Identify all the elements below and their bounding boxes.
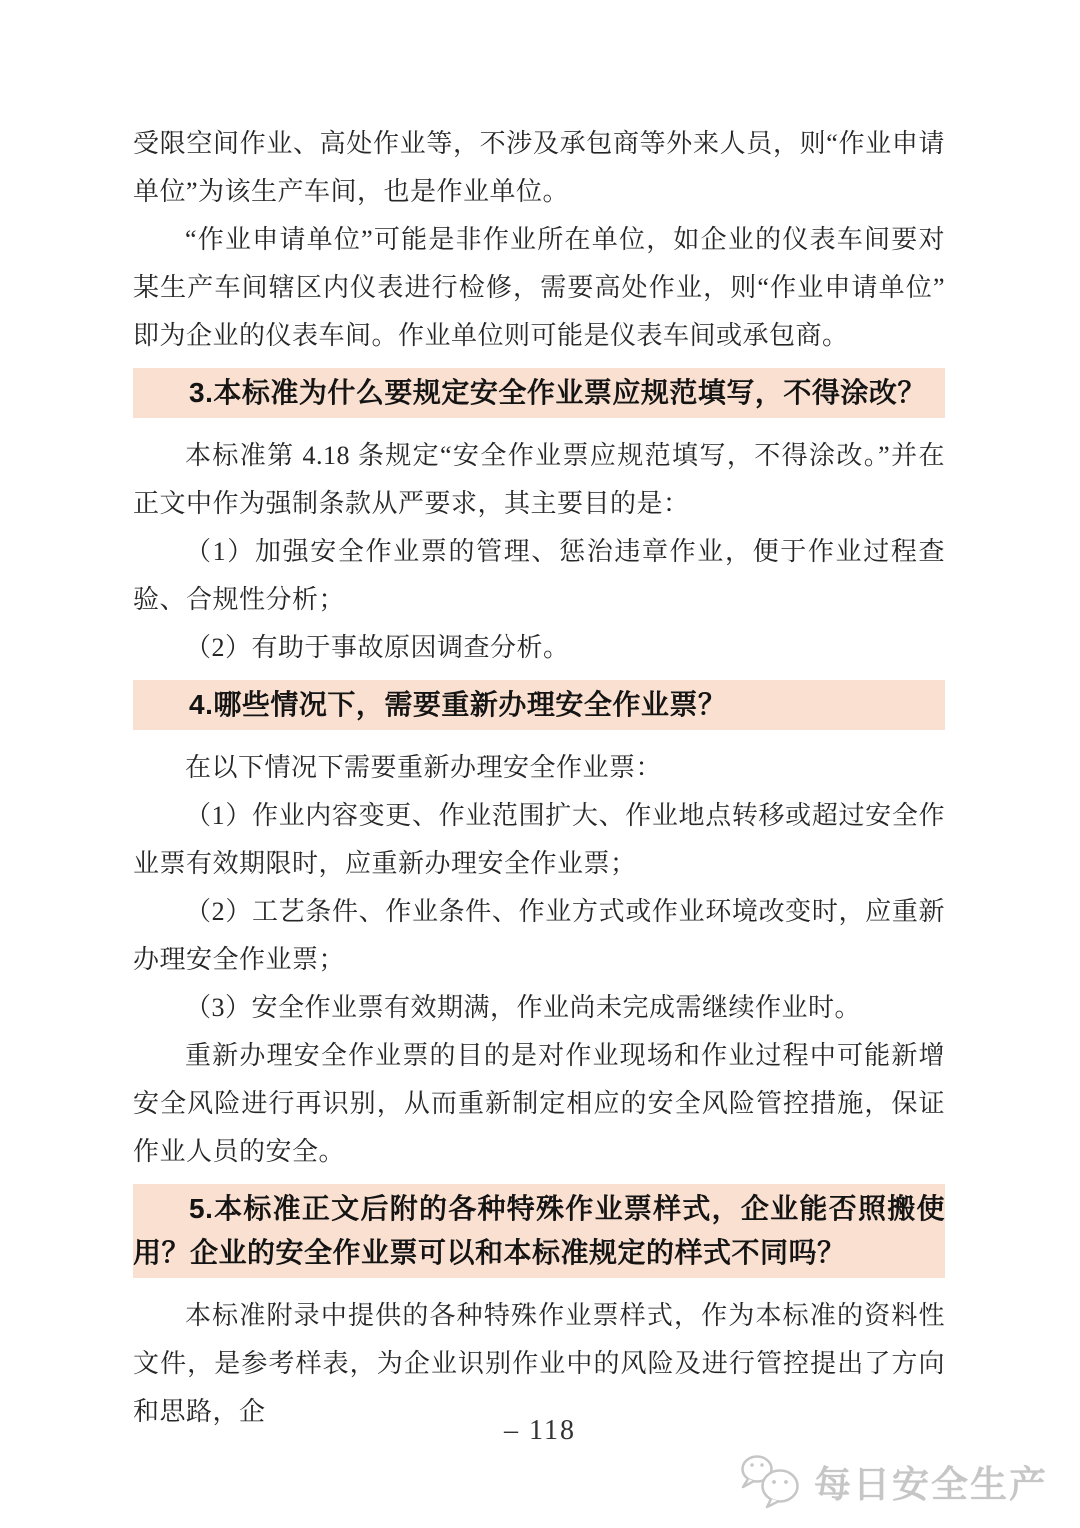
section-heading-3: 3.本标准为什么要规定安全作业票应规范填写，不得涂改？ [133,368,945,418]
body-paragraph: “作业申请单位”可能是非作业所在单位，如企业的仪表车间要对某生产车间辖区内仪表进… [133,216,945,360]
section-heading-4: 4.哪些情况下，需要重新办理安全作业票？ [133,680,945,730]
body-paragraph: （1）加强安全作业票的管理、惩治违章作业，便于作业过程查验、合规性分析； [133,528,945,624]
page-number: – 118 [0,1415,1080,1447]
body-paragraph: （2）工艺条件、作业条件、作业方式或作业环境改变时，应重新办理安全作业票； [133,888,945,984]
body-paragraph: 本标准第 4.18 条规定“安全作业票应规范填写，不得涂改。”并在正文中作为强制… [133,432,945,528]
document-content: 受限空间作业、高处作业等，不涉及承包商等外来人员，则“作业申请单位”为该生产车间… [133,120,945,1436]
body-paragraph: 重新办理安全作业票的目的是对作业现场和作业过程中可能新增安全风险进行再识别，从而… [133,1032,945,1176]
body-paragraph: （2）有助于事故原因调查分析。 [133,624,945,672]
body-paragraph: （3）安全作业票有效期满，作业尚未完成需继续作业时。 [133,984,945,1032]
body-paragraph: 受限空间作业、高处作业等，不涉及承包商等外来人员，则“作业申请单位”为该生产车间… [133,120,945,216]
section-heading-5: 5.本标准正文后附的各种特殊作业票样式，企业能否照搬使用？企业的安全作业票可以和… [133,1184,945,1278]
body-paragraph: 在以下情况下需要重新办理安全作业票： [133,744,945,792]
watermark-label: 每日安全生产 [814,1454,1048,1508]
watermark: 每日安全生产 [736,1452,1048,1510]
wechat-bubbles-icon [736,1452,804,1510]
body-paragraph: （1）作业内容变更、作业范围扩大、作业地点转移或超过安全作业票有效期限时，应重新… [133,792,945,888]
document-page: 受限空间作业、高处作业等，不涉及承包商等外来人员，则“作业申请单位”为该生产车间… [0,0,1080,1528]
